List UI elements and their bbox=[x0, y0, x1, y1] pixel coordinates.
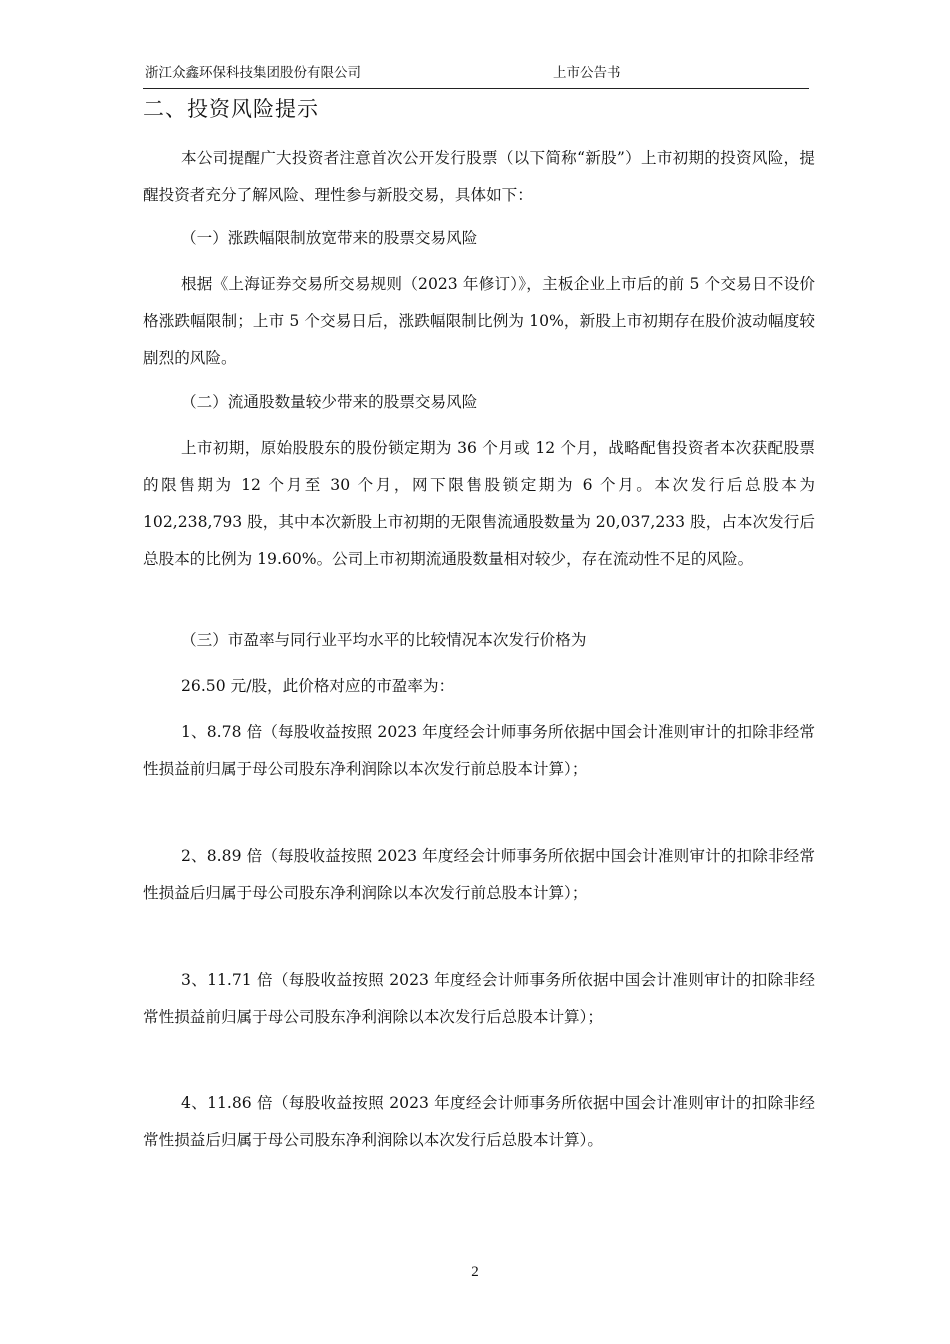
pe-ratio-item-2: 2、8.89 倍（每股收益按照 2023 年度经会计师事务所依据中国会计准则审计… bbox=[143, 838, 815, 912]
page-header: 浙江众鑫环保科技集团股份有限公司 上市公告书 bbox=[143, 58, 809, 89]
subsection-1-heading: （一）涨跌幅限制放宽带来的股票交易风险 bbox=[181, 220, 477, 257]
subsection-2-body: 上市初期，原始股股东的股份锁定期为 36 个月或 12 个月，战略配售投资者本次… bbox=[143, 430, 815, 578]
document-type: 上市公告书 bbox=[553, 61, 621, 81]
section-title: 二、投资风险提示 bbox=[143, 93, 319, 123]
intro-paragraph: 本公司提醒广大投资者注意首次公开发行股票（以下简称“新股”）上市初期的投资风险，… bbox=[143, 140, 815, 214]
pe-ratio-item-1: 1、8.78 倍（每股收益按照 2023 年度经会计师事务所依据中国会计准则审计… bbox=[143, 714, 815, 788]
subsection-2-heading: （二）流通股数量较少带来的股票交易风险 bbox=[181, 384, 477, 421]
company-name: 浙江众鑫环保科技集团股份有限公司 bbox=[145, 61, 361, 81]
subsection-3-heading: （三）市盈率与同行业平均水平的比较情况本次发行价格为 bbox=[181, 622, 586, 659]
issue-price-line: 26.50 元/股，此价格对应的市盈率为： bbox=[181, 668, 454, 705]
pe-ratio-item-3: 3、11.71 倍（每股收益按照 2023 年度经会计师事务所依据中国会计准则审… bbox=[143, 962, 815, 1036]
page-number: 2 bbox=[0, 1264, 950, 1281]
subsection-1-body: 根据《上海证券交易所交易规则（2023 年修订）》，主板企业上市后的前 5 个交… bbox=[143, 266, 815, 377]
pe-ratio-item-4: 4、11.86 倍（每股收益按照 2023 年度经会计师事务所依据中国会计准则审… bbox=[143, 1085, 815, 1159]
